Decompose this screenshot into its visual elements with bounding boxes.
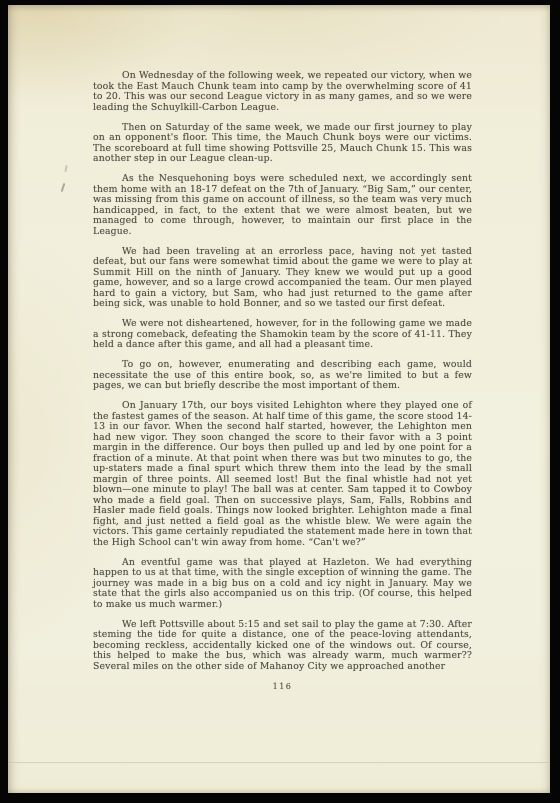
text-block: On Wednesday of the following week, we r… <box>93 71 472 692</box>
page-number: 116 <box>93 682 472 693</box>
paragraph: On January 17th, our boys visited Lehigh… <box>93 401 472 548</box>
paragraph: We were not disheartened, however, for i… <box>93 319 472 351</box>
pencil-mark <box>64 165 67 172</box>
paragraph: An eventful game was that played at Hazl… <box>93 558 472 611</box>
paper-page: On Wednesday of the following week, we r… <box>8 5 550 793</box>
crease-line <box>8 762 550 764</box>
scanned-page: On Wednesday of the following week, we r… <box>0 0 560 803</box>
paragraph: As the Nesquehoning boys were scheduled … <box>93 174 472 237</box>
paragraph: We had been traveling at an errorless pa… <box>93 247 472 310</box>
paragraph: To go on, however, enumerating and descr… <box>93 360 472 392</box>
paragraph: On Wednesday of the following week, we r… <box>93 71 472 113</box>
paragraph: Then on Saturday of the same week, we ma… <box>93 123 472 165</box>
pencil-mark <box>61 183 66 192</box>
paragraph: We left Pottsville about 5:15 and set sa… <box>93 620 472 673</box>
